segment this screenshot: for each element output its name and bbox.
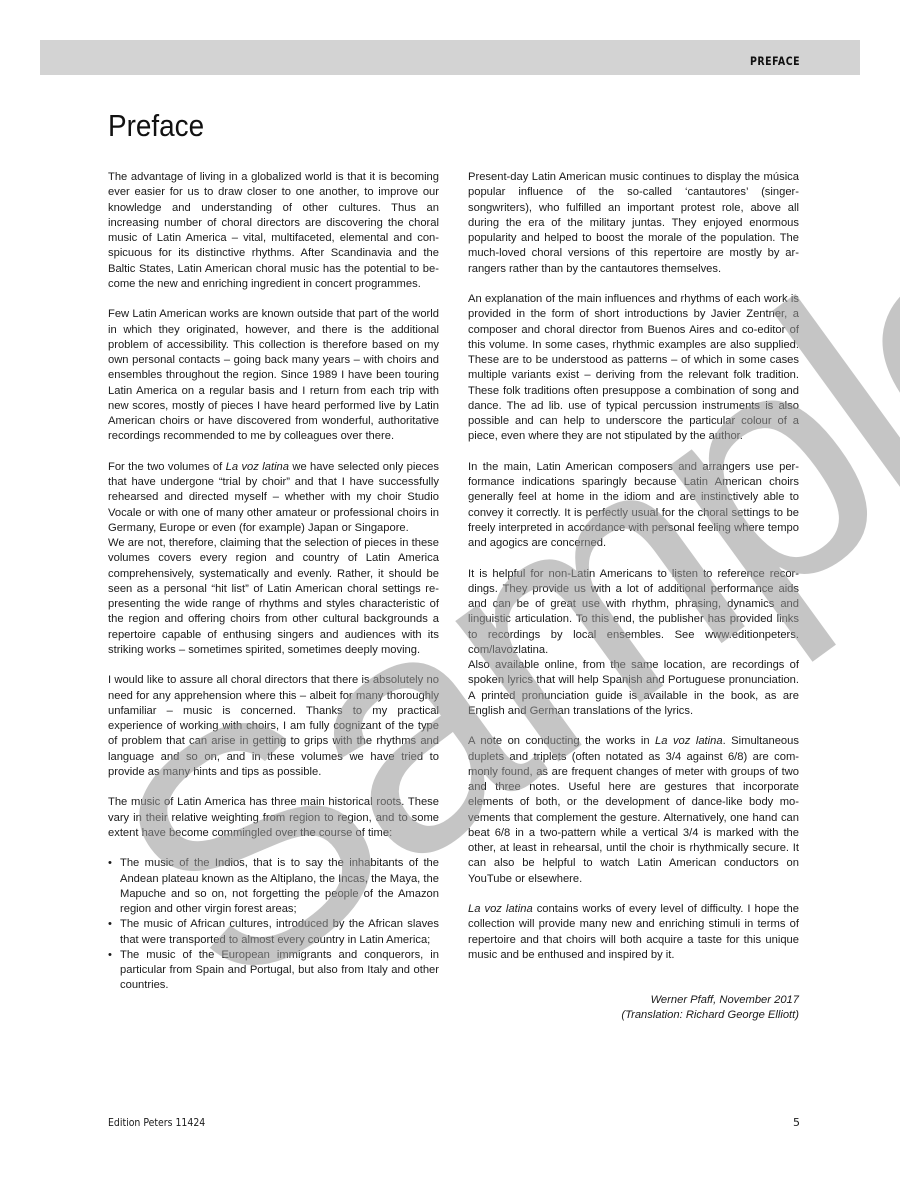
paragraph: It is helpful for non-Latin Americans to… [468, 567, 799, 659]
page-number: 5 [793, 1116, 800, 1129]
bullet-icon: • [108, 856, 112, 871]
paragraph: We are not, therefore, claiming that the… [108, 536, 439, 658]
paragraph: Few Latin American works are known outsi… [108, 307, 439, 444]
list-item-text: The music of African cultures, introduce… [120, 918, 439, 945]
right-column: Present-day Latin American music continu… [468, 170, 799, 1024]
bullet-icon: • [108, 948, 112, 963]
bullet-icon: • [108, 917, 112, 932]
paragraph: I would like to assure all choral direct… [108, 673, 439, 780]
signature-author: Werner Pfaff, November 2017 [468, 993, 799, 1008]
paragraph: An explanation of the main influences an… [468, 292, 799, 445]
signature-translator: (Translation: Richard George Elliott) [468, 1008, 799, 1023]
list-item: •The music of the European immigrants an… [108, 948, 439, 994]
text: A note on conducting the works in [468, 735, 655, 747]
paragraph: In the main, Latin American composers an… [468, 460, 799, 552]
paragraph: The advantage of living in a globalized … [108, 170, 439, 292]
book-title: La voz latina [655, 735, 723, 747]
book-title: La voz latina [468, 903, 533, 915]
roots-list: •The music of the Indios, that is to say… [108, 856, 439, 993]
list-item-text: The music of the European immigrants and… [120, 949, 439, 992]
paragraph: Present-day Latin American music continu… [468, 170, 799, 277]
left-column: The advantage of living in a globalized … [108, 170, 439, 994]
paragraph: A note on conducting the works in La voz… [468, 734, 799, 887]
running-header-bar: PREFACE [40, 40, 860, 75]
book-title: La voz latina [226, 461, 289, 473]
signature: Werner Pfaff, November 2017 (Translation… [468, 993, 799, 1024]
page-title: Preface [108, 108, 204, 144]
paragraph: Also available online, from the same loc… [468, 658, 799, 719]
text: . Simultaneous duplets and triplets (oft… [468, 735, 799, 884]
running-head: PREFACE [750, 54, 800, 68]
paragraph: For the two volumes of La voz latina we … [108, 460, 439, 536]
paragraph: The music of Latin America has three mai… [108, 795, 439, 841]
list-item: •The music of the Indios, that is to say… [108, 856, 439, 917]
paragraph: La voz latina contains works of every le… [468, 902, 799, 963]
text: For the two volumes of [108, 461, 226, 473]
footer-edition: Edition Peters 11424 [108, 1116, 205, 1129]
list-item: •The music of African cultures, introduc… [108, 917, 439, 948]
list-item-text: The music of the Indios, that is to say … [120, 857, 439, 915]
